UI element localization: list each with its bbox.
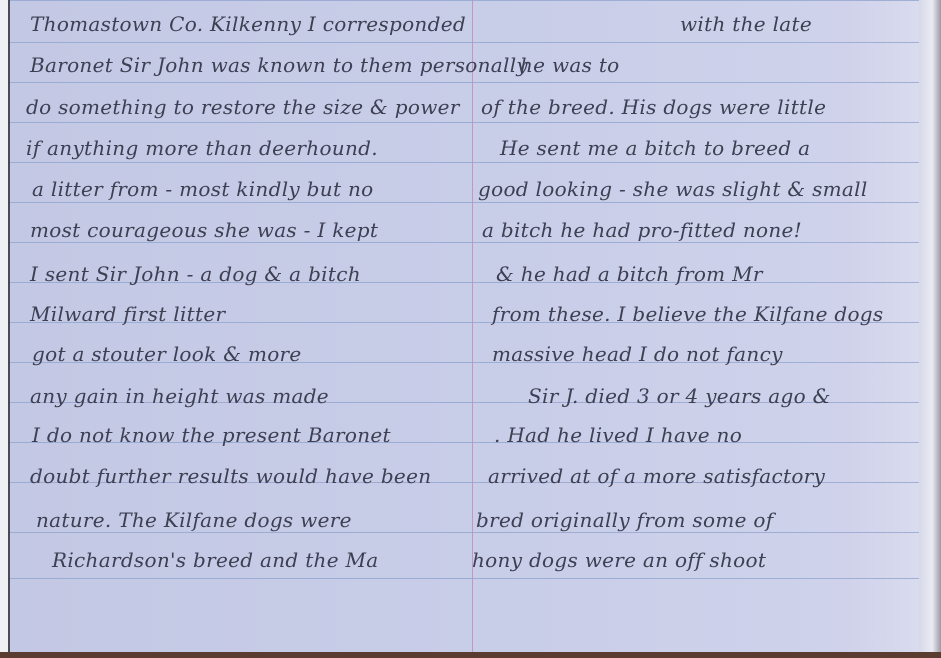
notebook-page: Thomastown Co. Kilkenny I corresponded w… (8, 0, 941, 652)
text-left: a litter from - most kindly but no (32, 177, 373, 201)
text-right: . Had he lived I have no (494, 423, 742, 447)
text-left: Baronet Sir John was known to them perso… (30, 53, 528, 77)
text-left: nature. The Kilfane dogs were (36, 508, 352, 532)
text-left: if anything more than deerhound. (26, 136, 378, 160)
text-left: doubt further results would have been (30, 464, 431, 488)
text-right: hony dogs were an off shoot (472, 548, 766, 572)
text-right: He sent me a bitch to breed a (500, 136, 810, 160)
text-left: got a stouter look & more (32, 342, 302, 366)
page-binding-edge (8, 0, 10, 652)
ruled-line (8, 82, 941, 83)
text-right: massive head I do not fancy (492, 342, 783, 366)
text-right: arrived at of a more satisfactory (488, 464, 825, 488)
text-left: I sent Sir John - a dog & a bitch (30, 262, 361, 286)
text-right: of the breed. His dogs were little (481, 95, 826, 119)
text-right: Sir J. died 3 or 4 years ago & (528, 384, 831, 408)
page-bottom-edge (0, 652, 941, 658)
ruled-line (8, 0, 941, 1)
page-right-edge (919, 0, 941, 652)
text-right: a bitch he had pro-fitted none! (482, 218, 802, 242)
text-right: he was to (520, 53, 620, 77)
text-left: do something to restore the size & power (26, 95, 460, 119)
text-left: most courageous she was - I kept (30, 218, 378, 242)
text-left: Thomastown Co. Kilkenny I corresponded (30, 12, 466, 36)
page-left-edge (0, 0, 8, 658)
text-left: Richardson's breed and the Ma (52, 548, 379, 572)
ruled-line (8, 532, 941, 533)
text-right: from these. I believe the Kilfane dogs (492, 302, 883, 326)
ruled-line (8, 42, 941, 43)
text-left: any gain in height was made (30, 384, 329, 408)
text-right: bred originally from some of (476, 508, 773, 532)
text-left: Milward first litter (30, 302, 225, 326)
ruled-line (8, 578, 941, 579)
text-right: & he had a bitch from Mr (496, 262, 763, 286)
ruled-line (8, 202, 941, 203)
ruled-line (8, 162, 941, 163)
text-right: with the late (680, 12, 812, 36)
text-left: I do not know the present Baronet (32, 423, 391, 447)
ruled-line (8, 122, 941, 123)
ruled-line (8, 242, 941, 243)
text-right: good looking - she was slight & small (478, 177, 868, 201)
